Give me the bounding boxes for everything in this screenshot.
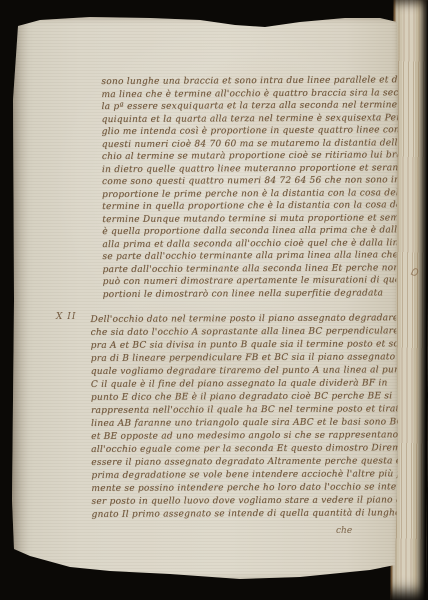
catchword: che — [336, 526, 352, 536]
paragraph-first: sono lunghe una braccia et sono intra du… — [101, 74, 428, 301]
manuscript-text-line: gnato Il primo assegnato se intende di q… — [91, 507, 428, 522]
margin-note: X II — [56, 312, 76, 322]
manuscript-page: X II sono lunghe una braccia et sono int… — [10, 13, 400, 585]
book-photo: X II sono lunghe una braccia et sono int… — [0, 0, 428, 600]
paragraph-second: Dell'occhio dato nel termine posto il pi… — [90, 312, 428, 522]
manuscript-text-line: portioni le dimostrarò con linee nella s… — [103, 286, 428, 301]
